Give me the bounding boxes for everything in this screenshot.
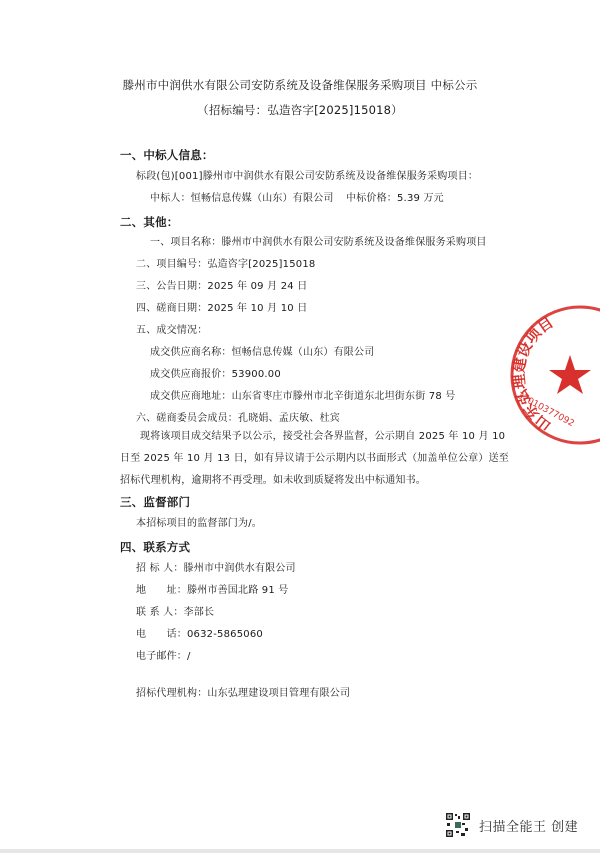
contact-address: 地 址：滕州市善国北路 91 号 bbox=[136, 585, 288, 597]
section-heading-winner: 一、中标人信息： bbox=[120, 148, 214, 162]
supervision-text: 本招标项目的监督部门为/。 bbox=[136, 518, 262, 530]
lot-line: 标段(包)[001]滕州市中润供水有限公司安防系统及设备维保服务采购项目： bbox=[136, 171, 478, 183]
official-seal-icon: 山东弘理建设项目 37010377092 bbox=[505, 300, 600, 450]
contact-phone: 电 话：0632-5865060 bbox=[136, 629, 263, 641]
deal-supplier-price: 成交供应商报价：53900.00 bbox=[150, 369, 281, 381]
deal-heading: 五、成交情况： bbox=[136, 325, 207, 337]
contact-tenderer: 招 标 人：滕州市中润供水有限公司 bbox=[136, 563, 296, 575]
tender-agency: 招标代理机构：山东弘理建设项目管理有限公司 bbox=[136, 688, 350, 700]
committee-members: 六、磋商委员会成员：孔晓娟、孟庆敏、杜宾 bbox=[136, 413, 340, 425]
deal-supplier-name: 成交供应商名称：恒畅信息传媒（山东）有限公司 bbox=[150, 347, 374, 359]
section-heading-contact: 四、联系方式 bbox=[120, 540, 190, 554]
contact-email: 电子邮件：/ bbox=[136, 651, 191, 663]
contact-person: 联 系 人：李部长 bbox=[136, 607, 214, 619]
watermark-text: 扫描全能王 创建 bbox=[479, 816, 578, 835]
project-number: 二、项目编号：弘造咨字[2025]15018 bbox=[136, 259, 315, 271]
section-heading-other: 二、其他： bbox=[120, 215, 179, 229]
deal-supplier-address: 成交供应商地址：山东省枣庄市滕州市北辛街道东北坦街东街 78 号 bbox=[150, 391, 455, 403]
winner-name: 中标人：恒畅信息传媒（山东）有限公司 bbox=[150, 193, 334, 205]
tender-number: （招标编号：弘造咨字[2025]15018） bbox=[0, 103, 600, 117]
project-name: 一、项目名称：滕州市中润供水有限公司安防系统及设备维保服务采购项目 bbox=[150, 237, 487, 249]
document-page: 滕州市中润供水有限公司安防系统及设备维保服务采购项目 中标公示 （招标编号：弘造… bbox=[0, 0, 600, 853]
qr-code-icon bbox=[445, 812, 471, 838]
section-heading-supervision: 三、监督部门 bbox=[120, 495, 190, 509]
negotiation-date: 四、磋商日期：2025 年 10 月 10 日 bbox=[136, 303, 307, 315]
document-title: 滕州市中润供水有限公司安防系统及设备维保服务采购项目 中标公示 bbox=[0, 78, 600, 92]
announce-date: 三、公告日期：2025 年 09 月 24 日 bbox=[136, 281, 307, 293]
winner-price: 中标价格：5.39 万元 bbox=[346, 193, 444, 205]
page-bottom-edge bbox=[0, 849, 600, 853]
notice-paragraph: 现将该项目成交结果予以公示，接受社会各界监督，公示期自 2025 年 10 月 … bbox=[120, 426, 510, 492]
scanner-watermark: 扫描全能王 创建 bbox=[445, 812, 578, 838]
